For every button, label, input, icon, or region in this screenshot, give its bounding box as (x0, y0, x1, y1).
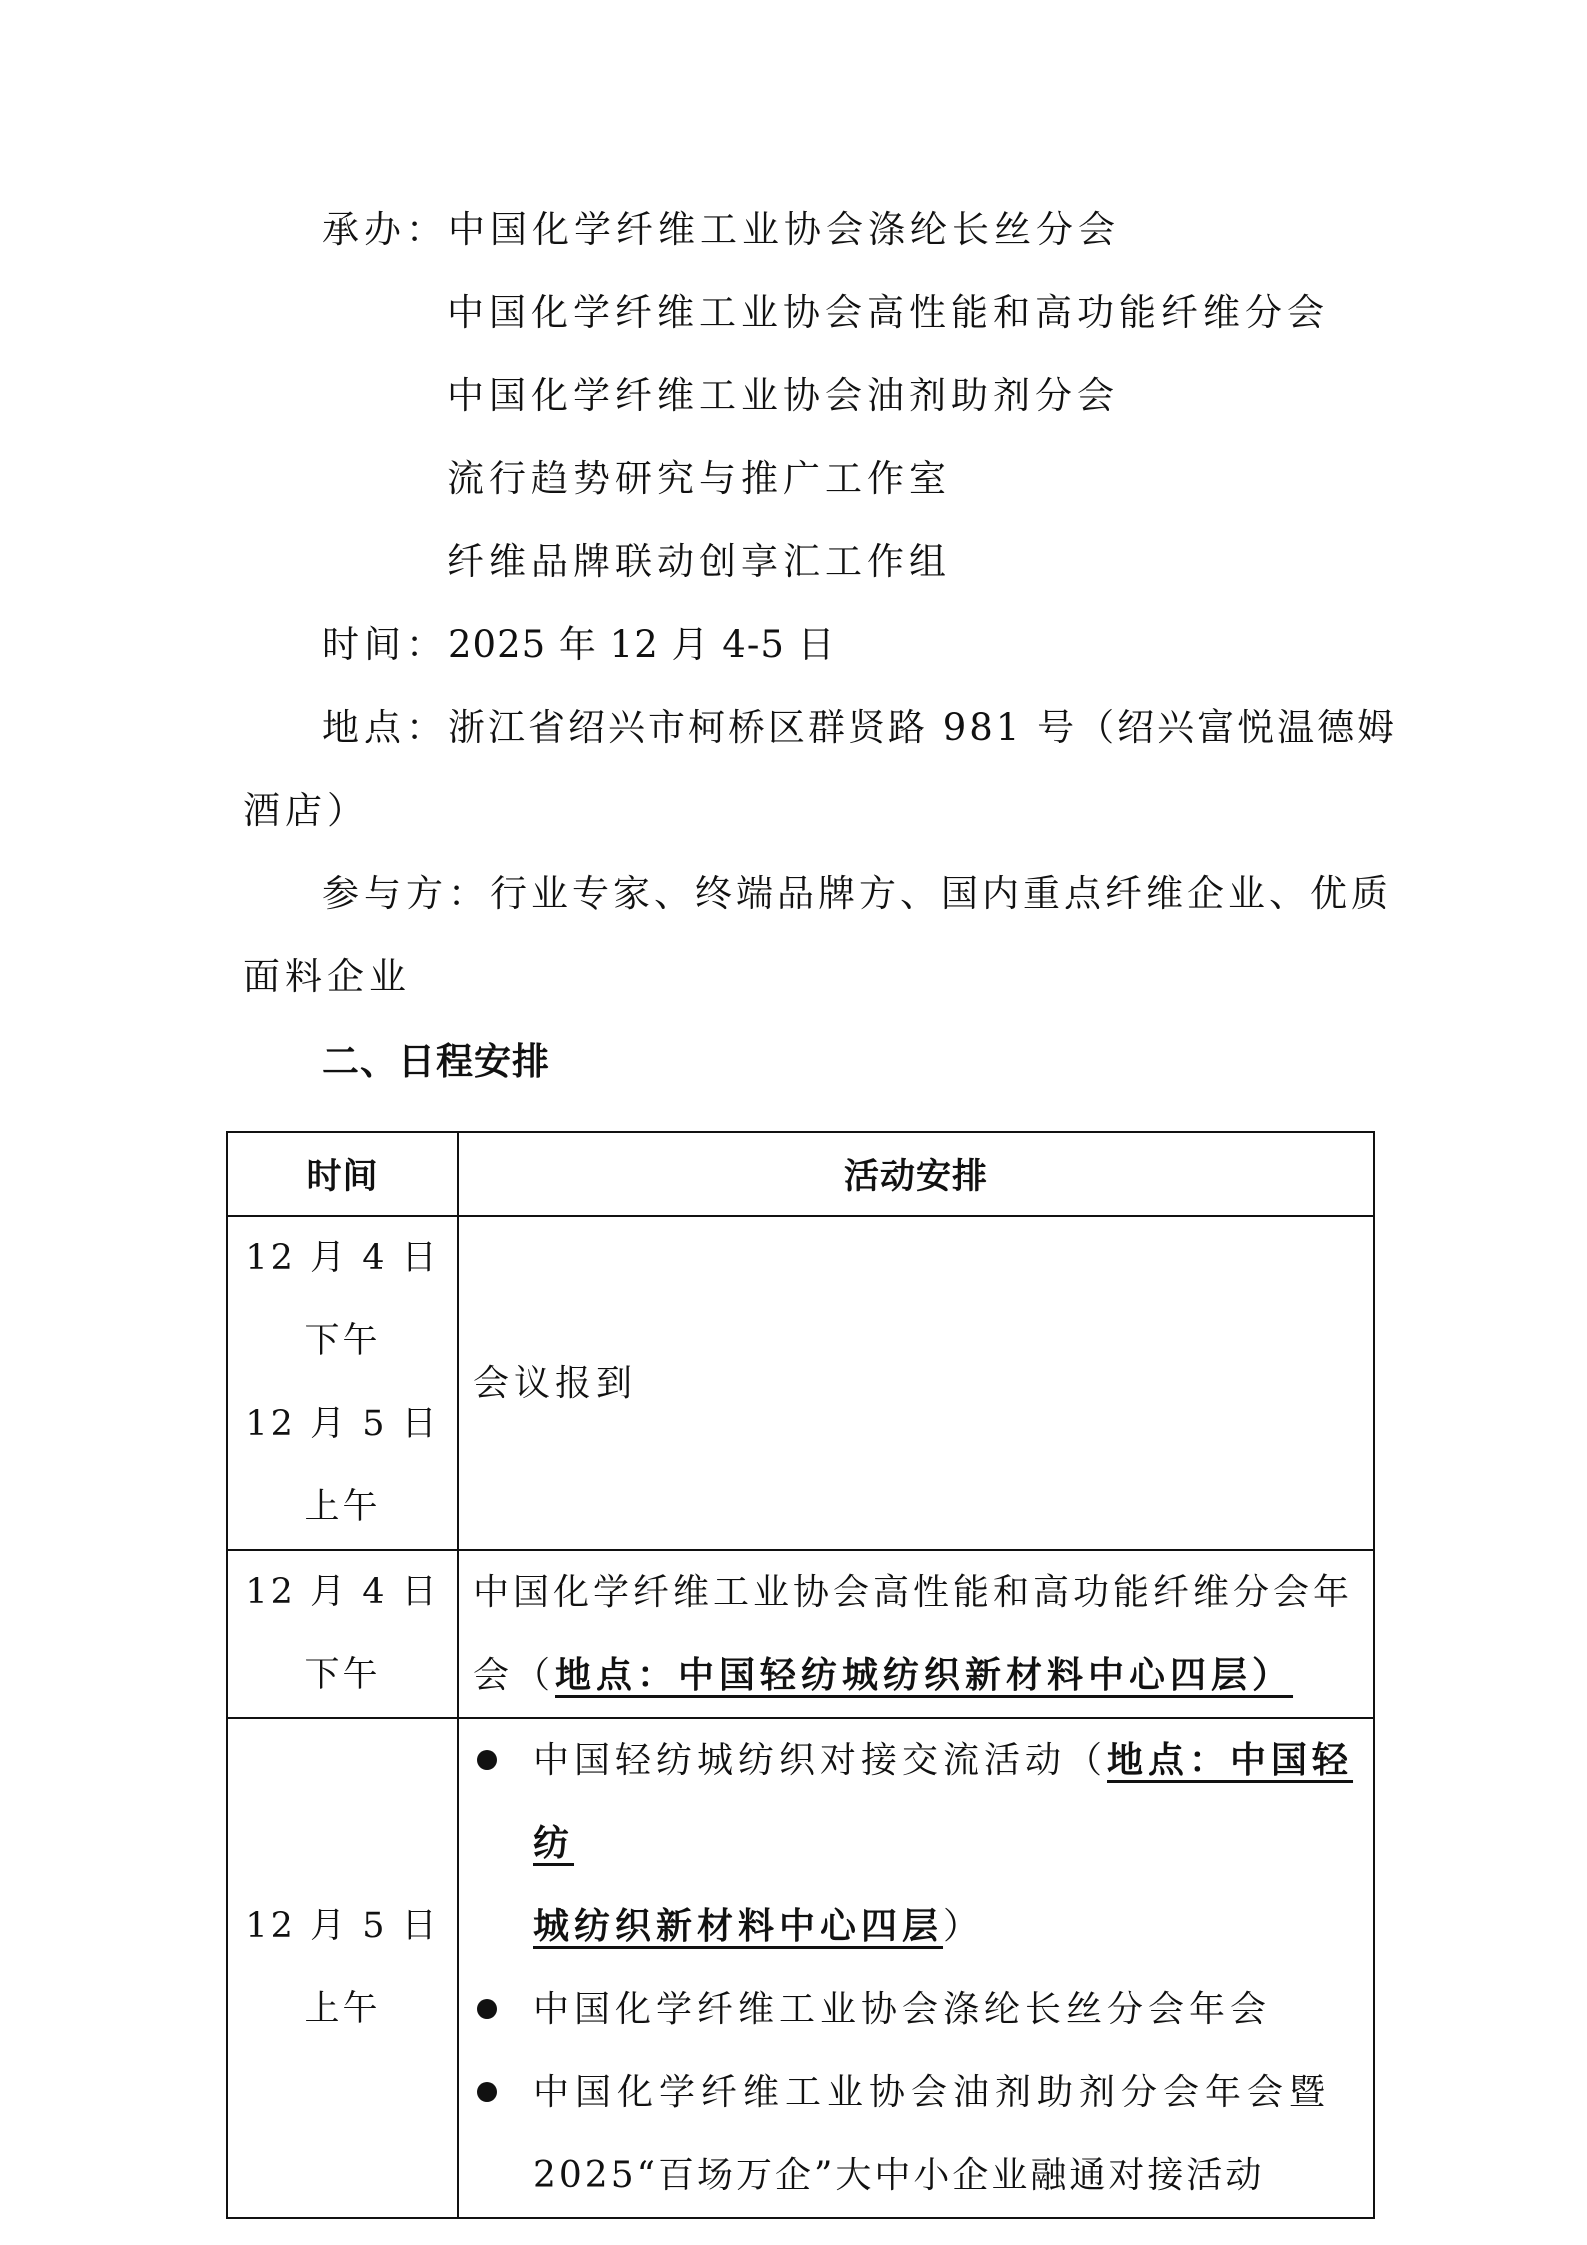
list-item: 中国轻纺城纺织对接交流活动（地点：中国轻纺 城纺织新材料中心四层） (473, 1719, 1373, 1968)
table-row: 12 月 5 日 上午 中国轻纺城纺织对接交流活动（地点：中国轻纺 城纺织新材料… (227, 1718, 1374, 2218)
time-cell: 12 月 4 日下午 12 月 5 日上午 (227, 1216, 458, 1550)
document-page: 承办：中国化学纤维工业协会涤纶长丝分会 中国化学纤维工业协会高性能和高功能纤维分… (0, 0, 1587, 2245)
time-value: 2025 年 12 月 4-5 日 (448, 623, 836, 666)
bullet-line: 中国轻纺城纺织对接交流活动（地点：中国轻纺 (533, 1719, 1373, 1885)
section-heading: 二、日程安排 (322, 1038, 550, 1086)
organizer-item: 流行趋势研究与推广工作室 (447, 455, 951, 503)
activity-cell: 中国化学纤维工业协会高性能和高功能纤维分会年 会（地点：中国轻纺城纺织新材料中心… (458, 1550, 1374, 1718)
time-text: 下午 (228, 1634, 457, 1717)
activity-text: 中国化学纤维工业协会高性能和高功能纤维分会年 (473, 1551, 1373, 1634)
table-row: 12 月 4 日 下午 中国化学纤维工业协会高性能和高功能纤维分会年 会（地点：… (227, 1550, 1374, 1718)
activity-text: 中国轻纺城纺织对接交流活动（ (533, 1740, 1107, 1781)
activity-text: 中国化学纤维工业协会油剂助剂分会年会暨 (533, 2051, 1373, 2134)
organizers-line-1: 承办：中国化学纤维工业协会涤纶长丝分会 (322, 206, 1120, 254)
time-label: 时间： (322, 623, 448, 666)
participants-line-1: 参与方：行业专家、终端品牌方、国内重点纤维企业、优质 (322, 870, 1392, 918)
activity-bullet-list: 中国轻纺城纺织对接交流活动（地点：中国轻纺 城纺织新材料中心四层） 中国化学纤维… (459, 1719, 1373, 2217)
table-header-row: 时间 活动安排 (227, 1132, 1374, 1216)
list-item: 中国化学纤维工业协会涤纶长丝分会年会 (473, 1968, 1373, 2051)
schedule-table: 时间 活动安排 12 月 4 日下午 12 月 5 日上午 会议报到 12 月 … (226, 1131, 1375, 2219)
activity-cell: 会议报到 (458, 1216, 1374, 1550)
activity-cell: 中国轻纺城纺织对接交流活动（地点：中国轻纺 城纺织新材料中心四层） 中国化学纤维… (458, 1718, 1374, 2218)
activity-text-line-2: 会（地点：中国轻纺城纺织新材料中心四层） (473, 1634, 1373, 1717)
bullet-line: 城纺织新材料中心四层） (533, 1885, 1373, 1968)
time-text: 12 月 5 日 (228, 1885, 457, 1968)
activity-text: 会（ (473, 1655, 555, 1696)
header-time: 时间 (227, 1132, 458, 1216)
time-line: 时间：2025 年 12 月 4-5 日 (322, 621, 836, 669)
location-line-2: 酒店） (243, 787, 369, 835)
activity-location-underlined: 地点：中国轻纺城纺织新材料中心四层） (555, 1654, 1293, 1696)
time-text: 12 月 4 日下午 (228, 1217, 457, 1383)
header-activity: 活动安排 (458, 1132, 1374, 1216)
time-cell: 12 月 5 日 上午 (227, 1718, 458, 2218)
time-text: 12 月 4 日 (228, 1551, 457, 1634)
bullet-icon (477, 1999, 497, 2019)
organizers-label: 承办： (322, 208, 448, 251)
organizer-item: 中国化学纤维工业协会涤纶长丝分会 (448, 208, 1120, 251)
time-cell: 12 月 4 日 下午 (227, 1550, 458, 1718)
location-label: 地点： (322, 706, 448, 749)
activity-text: 中国化学纤维工业协会涤纶长丝分会年会 (533, 1968, 1373, 2051)
activity-text: 会议报到 (473, 1363, 637, 1404)
list-item: 中国化学纤维工业协会油剂助剂分会年会暨 2025“百场万企”大中小企业融通对接活… (473, 2051, 1373, 2217)
time-text: 上午 (228, 1968, 457, 2051)
activity-text: ） (943, 1906, 984, 1947)
table-row: 12 月 4 日下午 12 月 5 日上午 会议报到 (227, 1216, 1374, 1550)
organizer-item: 中国化学纤维工业协会油剂助剂分会 (447, 372, 1119, 420)
organizer-item: 纤维品牌联动创享汇工作组 (447, 538, 951, 586)
activity-location-underlined: 城纺织新材料中心四层 (533, 1905, 943, 1947)
bullet-icon (477, 1750, 497, 1770)
activity-text: 2025“百场万企”大中小企业融通对接活动 (533, 2134, 1373, 2217)
bullet-icon (477, 2082, 497, 2102)
participants-label: 参与方： (322, 872, 490, 915)
organizer-item: 中国化学纤维工业协会高性能和高功能纤维分会 (447, 289, 1329, 337)
location-value: 浙江省绍兴市柯桥区群贤路 981 号（绍兴富悦温德姆 (448, 706, 1397, 749)
participants-value: 行业专家、终端品牌方、国内重点纤维企业、优质 (490, 872, 1392, 915)
time-text: 12 月 5 日上午 (228, 1383, 457, 1549)
location-line-1: 地点：浙江省绍兴市柯桥区群贤路 981 号（绍兴富悦温德姆 (322, 704, 1397, 752)
participants-line-2: 面料企业 (243, 953, 411, 1001)
